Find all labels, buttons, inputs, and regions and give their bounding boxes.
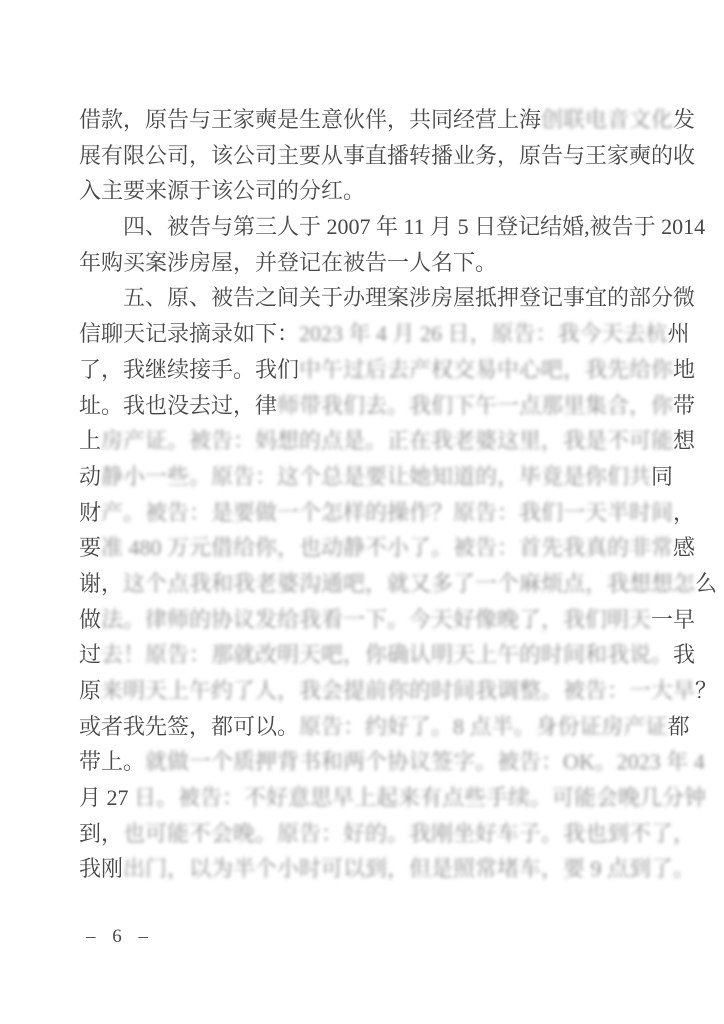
text-line-15: 做法。律师的协议发给我看一下。今天好像晚了，我们明天一早 [79,602,654,638]
redacted-text-segment: 准 480 万元借给你，也动静不小了。被告：首先我真的非常 [101,535,673,560]
redacted-text-segment: 出门，以为半个小时可以到，但是照常堵车，要 9 点到了。 [123,856,695,881]
text-line-20: 月 27 日。被告：不好意思早上起来有点些手续。可能会晚几分钟 [79,780,654,816]
text-line-7: 信聊天记录摘录如下：2023 年 4 月 26 日，原告：我今天去杭州 [79,316,654,352]
text-segment: 五、原、被告之间关于办理案涉房屋抵押登记事宜的部分微 [123,285,695,310]
text-line-18: 或者我先签，都可以。原告：约好了。8 点半。身份证房产证都 [79,709,654,745]
text-segment: 址。我也没去过，律 [79,393,277,418]
text-line-11: 动静小一些。原告：这个总是要让她知道的，毕竟是你们共同 [79,459,654,495]
redacted-text-segment: 也可能不会晚。原告：好的。我刚坐好车子。我也到不了， [123,821,695,846]
text-segment: 做 [79,607,101,632]
text-segment: 入主要来源于该公司的分红。 [79,178,365,203]
redacted-text-segment: 就做一个质押背书和两个协议签字。被告：OK。2023 年 4 [145,749,705,774]
text-segment: ， [673,500,695,525]
redacted-text-segment: 师带我们去。我们下午一点那里集合，你 [277,393,673,418]
text-line-21: 到，也可能不会晚。原告：好的。我刚坐好车子。我也到不了， [79,816,654,852]
redacted-text-segment: 房产证。被告：妈想的点是。正在我老婆这里，我是不可能 [101,428,673,453]
text-segment: 上 [79,428,101,453]
text-segment: 过 [79,642,101,667]
text-line-22: 我刚出门，以为半个小时可以到，但是照常堵车，要 9 点到了。 [79,851,654,887]
text-line-14: 谢，这个点我和我老婆沟通吧，就又多了一个麻烦点，我想想怎么 [79,566,654,602]
text-line-13: 要准 480 万元借给你，也动静不小了。被告：首先我真的非常感 [79,530,654,566]
text-segment: 我刚 [79,856,123,881]
text-segment: 动 [79,464,101,489]
redacted-text-segment: 产。被告：是要做一个怎样的操作？原告：我们一天半时间 [101,500,673,525]
redacted-text-segment: 创联电音文化 [541,107,673,132]
text-segment: 带上。 [79,749,145,774]
text-line-19: 带上。就做一个质押背书和两个协议签字。被告：OK。2023 年 4 [79,744,654,780]
text-segment: 地 [673,357,695,382]
redacted-text-segment: 日。被告：不好意思早上起来有点些手续。可能会晚几分钟 [134,785,706,810]
text-segment: 么 [695,571,717,596]
redacted-text-segment: 静小一些。原告：这个总是要让她知道的，毕竟是你们共 [101,464,651,489]
redacted-text-segment: 中午过后去产权交易中心吧，我先给你 [299,357,673,382]
text-segment: 或者我先签，都可以。 [79,714,299,739]
document-text-block: 借款，原告与王家奭是生意伙伴，共同经营上海创联电音文化发展有限公司，该公司主要从… [79,102,654,887]
redacted-text-segment: 法。律师的协议发给我看一下。今天好像晚了，我们明天 [101,607,651,632]
text-segment: 了，我继续接手。我们 [79,357,299,382]
text-line-16: 过去！原告：那就改明天吧，你确认明天上午的时间和我说。我 [79,637,654,673]
text-line-1: 借款，原告与王家奭是生意伙伴，共同经营上海创联电音文化发 [79,102,654,138]
text-segment: 展有限公司，该公司主要从事直播转播业务，原告与王家奭的收 [79,143,695,168]
text-segment: 同 [651,464,673,489]
redacted-text-segment: 2023 年 4 月 26 日，原告：我今天去杭 [299,321,668,346]
redacted-text-segment: 来明天上午约了人，我会提前你的时间我调整。被告：一大早 [101,678,695,703]
text-line-3: 入主要来源于该公司的分红。 [79,173,654,209]
redacted-text-segment: 去！原告：那就改明天吧，你确认明天上午的时间和我说。 [101,642,673,667]
text-segment: 想 [673,428,695,453]
text-segment: 都 [668,714,690,739]
text-line-10: 上房产证。被告：妈想的点是。正在我老婆这里，我是不可能想 [79,423,654,459]
text-line-6: 五、原、被告之间关于办理案涉房屋抵押登记事宜的部分微 [79,280,654,316]
text-segment: 要 [79,535,101,560]
text-segment: 原 [79,678,101,703]
text-segment: 信聊天记录摘录如下： [79,321,299,346]
text-segment: 谢， [79,571,123,596]
text-line-4: 四、被告与第三人于 2007 年 11 月 5 日登记结婚,被告于 2014 [79,209,654,245]
text-segment: 财 [79,500,101,525]
text-segment: 借款，原告与王家奭是生意伙伴，共同经营上海 [79,107,541,132]
text-segment: 州 [668,321,690,346]
page-number: – 6 – [86,926,154,948]
text-segment: 到， [79,821,123,846]
text-line-12: 财产。被告：是要做一个怎样的操作？原告：我们一天半时间， [79,495,654,531]
text-segment: 感 [673,535,695,560]
text-line-2: 展有限公司，该公司主要从事直播转播业务，原告与王家奭的收 [79,138,654,174]
redacted-text-segment: 这个点我和我老婆沟通吧，就又多了一个麻烦点，我想想怎 [123,571,695,596]
text-segment: 四、被告与第三人于 2007 年 11 月 5 日登记结婚,被告于 2014 [123,214,705,239]
text-line-8: 了，我继续接手。我们中午过后去产权交易中心吧，我先给你地 [79,352,654,388]
text-segment: 我 [673,642,695,667]
text-line-5: 年购买案涉房屋，并登记在被告一人名下。 [79,245,654,281]
text-segment: 一早 [651,607,695,632]
text-segment: 发 [673,107,695,132]
text-segment: 带 [673,393,695,418]
text-segment: ？ [695,678,717,703]
text-segment: 月 27 [79,785,134,810]
text-line-9: 址。我也没去过，律师带我们去。我们下午一点那里集合，你带 [79,388,654,424]
text-segment: 年购买案涉房屋，并登记在被告一人名下。 [79,250,497,275]
document-page: 借款，原告与王家奭是生意伙伴，共同经营上海创联电音文化发展有限公司，该公司主要从… [0,0,724,1024]
redacted-text-segment: 原告：约好了。8 点半。身份证房产证 [299,714,668,739]
text-line-17: 原来明天上午约了人，我会提前你的时间我调整。被告：一大早？ [79,673,654,709]
